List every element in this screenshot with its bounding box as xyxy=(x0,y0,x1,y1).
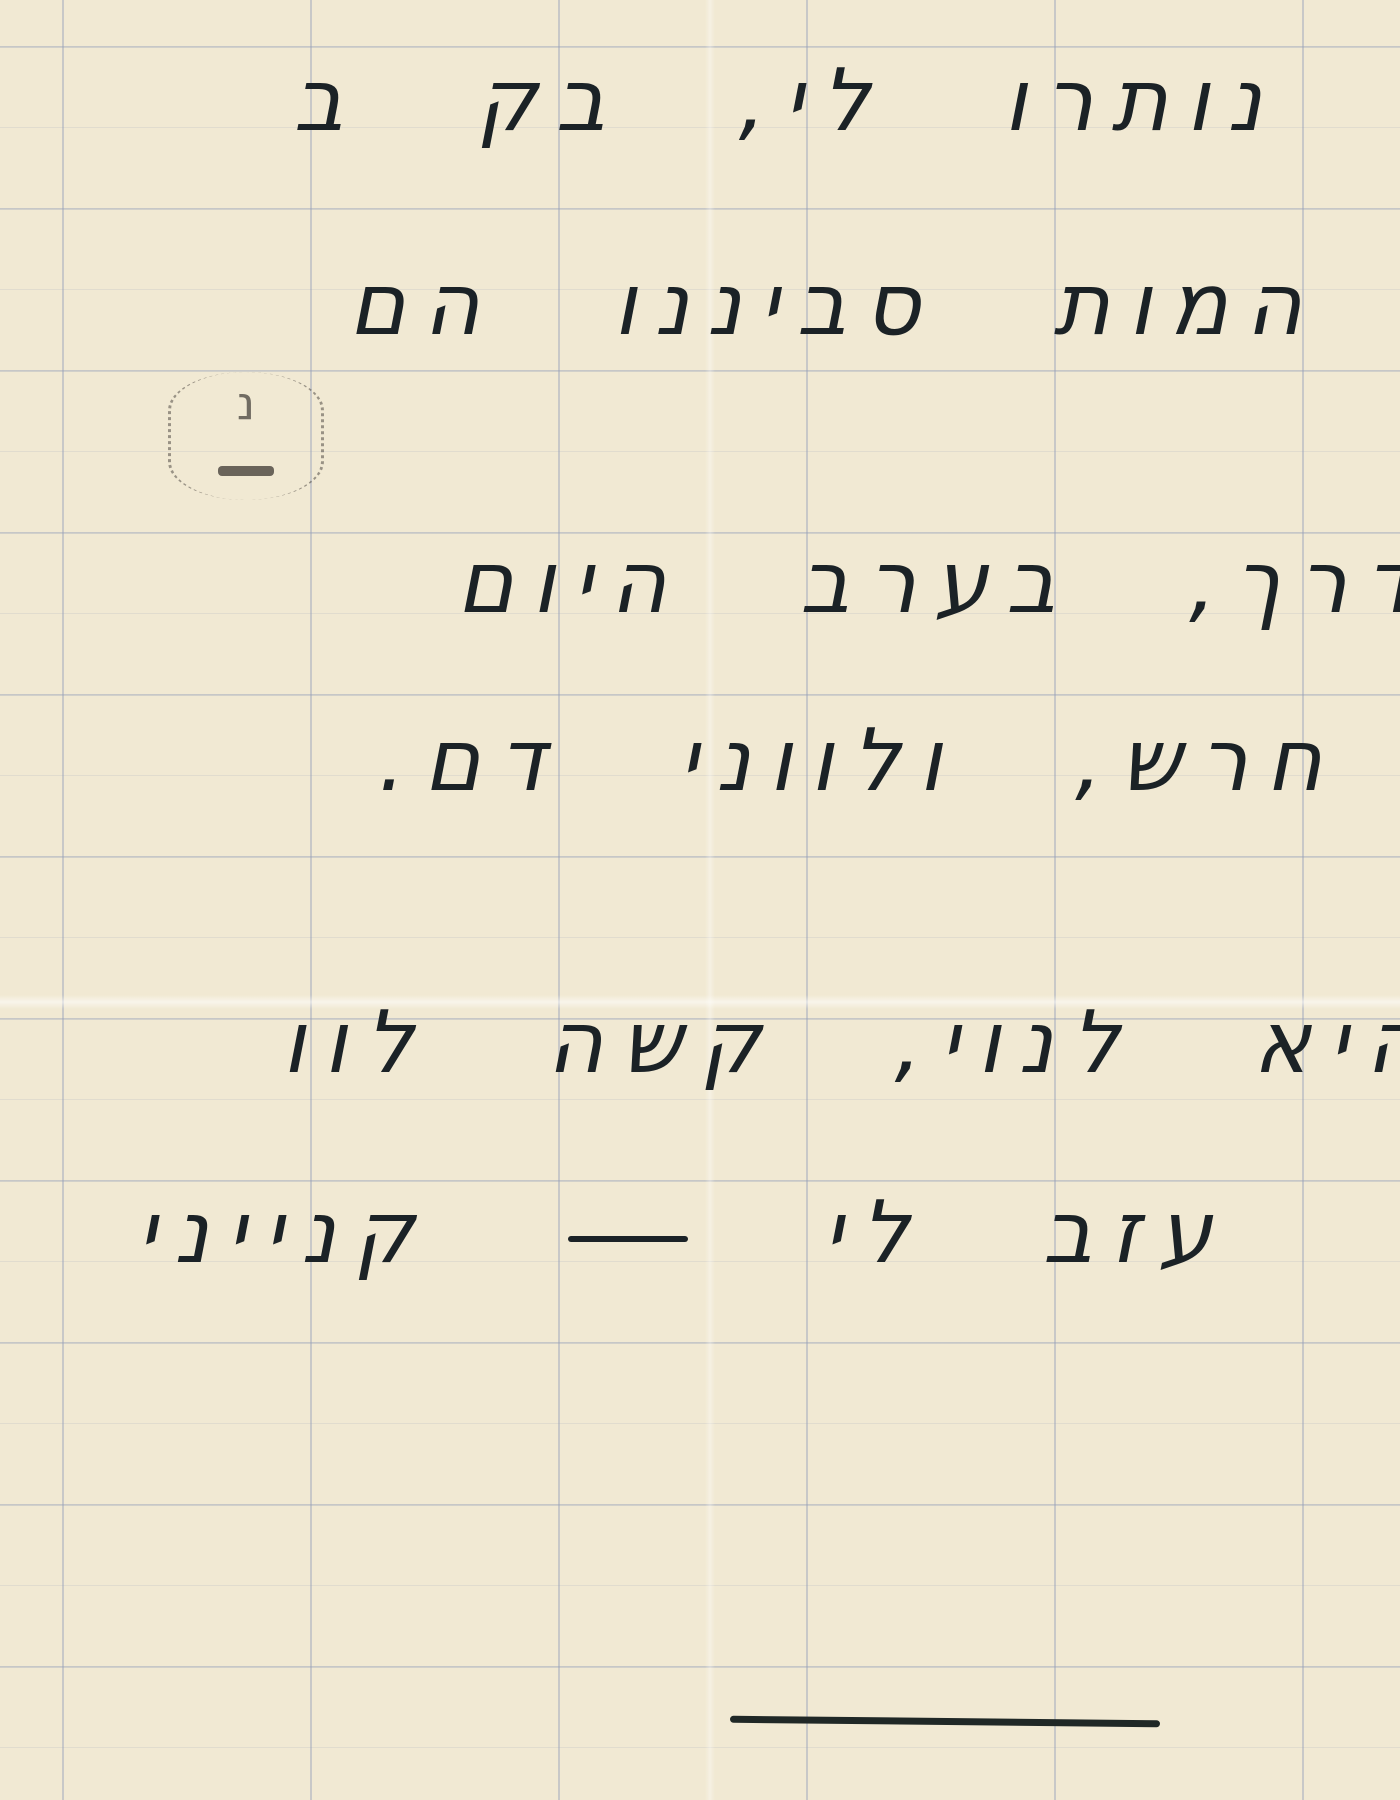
poem-line-5-text: היא לנוי, קשה לוו xyxy=(282,993,1400,1093)
poem-line-1-text: ד נותרו לי, בק ב xyxy=(293,51,1400,151)
closing-rule xyxy=(730,1716,1160,1728)
poem-line-6: עזב לי קנייני xyxy=(137,1190,1230,1276)
poem-line-6-text: עזב לי xyxy=(823,1183,1230,1283)
poem-line-4: חרש, ולווני דם. xyxy=(378,718,1340,804)
poem-line-3-text: דרך, בערב היום xyxy=(457,533,1400,633)
poem-line-3: דרך, בערב היום xyxy=(457,540,1400,626)
pencil-annotation: נ xyxy=(168,372,324,500)
pencil-annotation-glyph: נ xyxy=(171,380,321,426)
poem-line-2: המות סביננו הם xyxy=(348,262,1320,348)
poem-line-4-text: חרש, ולווני דם. xyxy=(378,711,1340,811)
poem-line-2-text: המות סביננו הם xyxy=(348,255,1320,355)
poem-line-5: היא לנוי, קשה לוו xyxy=(282,1000,1400,1086)
poem-line-6-text-after: קנייני xyxy=(137,1183,433,1283)
pencil-annotation-mark xyxy=(218,466,274,476)
em-dash xyxy=(568,1236,688,1242)
manuscript-page: ד נותרו לי, בק ב המות סביננו הם נ דרך, ב… xyxy=(0,0,1400,1800)
poem-line-1: ד נותרו לי, בק ב xyxy=(293,58,1400,144)
